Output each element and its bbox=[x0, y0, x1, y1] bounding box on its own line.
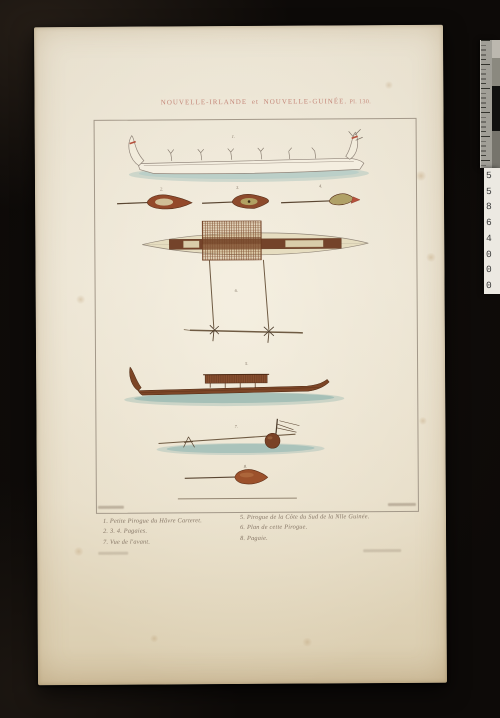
engraver-credit-mark bbox=[388, 503, 416, 506]
legend-item: 1. Petite Pirogue du Hâvre Carteret. bbox=[103, 516, 202, 527]
bow-view-figure bbox=[150, 414, 340, 461]
accession-digit: 0 bbox=[486, 265, 492, 275]
paddles-figure bbox=[115, 186, 360, 219]
foxing-spot bbox=[73, 547, 84, 556]
imprint-mark bbox=[363, 549, 401, 552]
patch-mid-gray bbox=[492, 131, 500, 168]
accession-number-label: 5 5 8 6 4 0 0 0 bbox=[484, 168, 500, 294]
brace-twigs bbox=[276, 421, 299, 433]
accession-digit: 5 bbox=[486, 171, 492, 181]
upturned-prow bbox=[130, 367, 142, 391]
foxing-spot bbox=[302, 638, 313, 647]
accession-digit: 5 bbox=[486, 187, 492, 197]
foxing-spot bbox=[418, 417, 427, 425]
legend-item: 7. Vue de l'avant. bbox=[103, 537, 202, 548]
print-sheet: NOUVELLE-IRLANDE et NOUVELLE-GUINÉE. Pl.… bbox=[34, 25, 447, 685]
legend-item: 2. 3. 4. Pagaies. bbox=[103, 527, 202, 538]
float-ball bbox=[265, 433, 280, 448]
pirogue-side-figure bbox=[122, 362, 352, 409]
pirogue-plan-figure bbox=[139, 216, 375, 347]
plate-number: Pl. 130. bbox=[349, 99, 371, 105]
canoe-new-ireland-figure bbox=[124, 128, 374, 186]
accession-digit: 8 bbox=[486, 202, 492, 212]
outrigger-booms bbox=[209, 260, 268, 330]
legend-item: 6. Plan de cette Pirogue. bbox=[240, 523, 370, 534]
gunwale-pegs bbox=[168, 148, 316, 161]
lashing-cross bbox=[210, 325, 219, 334]
accession-digit: 4 bbox=[486, 234, 492, 244]
legend-item: 8. Pagaie. bbox=[240, 533, 370, 544]
outrigger-float bbox=[190, 330, 303, 334]
foxing-spot bbox=[150, 635, 159, 643]
grayscale-patches bbox=[492, 40, 500, 168]
mast-stick bbox=[276, 419, 278, 434]
paddle-figure bbox=[181, 465, 311, 492]
patch-light-gray bbox=[492, 58, 500, 86]
foxing-spot bbox=[384, 81, 393, 89]
patch-black bbox=[492, 86, 500, 131]
accession-digit: 6 bbox=[486, 218, 492, 228]
foxing-spot bbox=[425, 253, 436, 262]
artist-credit-mark bbox=[98, 506, 124, 509]
float-pegs bbox=[213, 331, 269, 343]
paddle-shaft bbox=[202, 202, 232, 203]
legend-item: 5. Pirogue de la Côte du Sud de la Nlle … bbox=[240, 512, 370, 523]
prow-horn-left bbox=[129, 136, 144, 166]
ruler-major-ticks bbox=[481, 40, 490, 168]
legend-left-column: 1. Petite Pirogue du Hâvre Carteret. 2. … bbox=[103, 516, 202, 548]
imprint-mark bbox=[98, 552, 128, 555]
accession-digit: 0 bbox=[486, 281, 492, 291]
foxing-spot bbox=[76, 295, 86, 304]
patch-white bbox=[492, 40, 500, 58]
accession-digit: 0 bbox=[486, 249, 492, 259]
paddle-shaft bbox=[185, 477, 235, 478]
paddle-shaft bbox=[117, 203, 147, 204]
legend-right-column: 5. Pirogue de la Côte du Sud de la Nlle … bbox=[240, 512, 370, 544]
museum-photograph: 5 5 8 6 4 0 0 0 NOUVELLE-IRLANDE et NOUV… bbox=[0, 0, 500, 718]
paddle-shaft bbox=[281, 201, 329, 203]
